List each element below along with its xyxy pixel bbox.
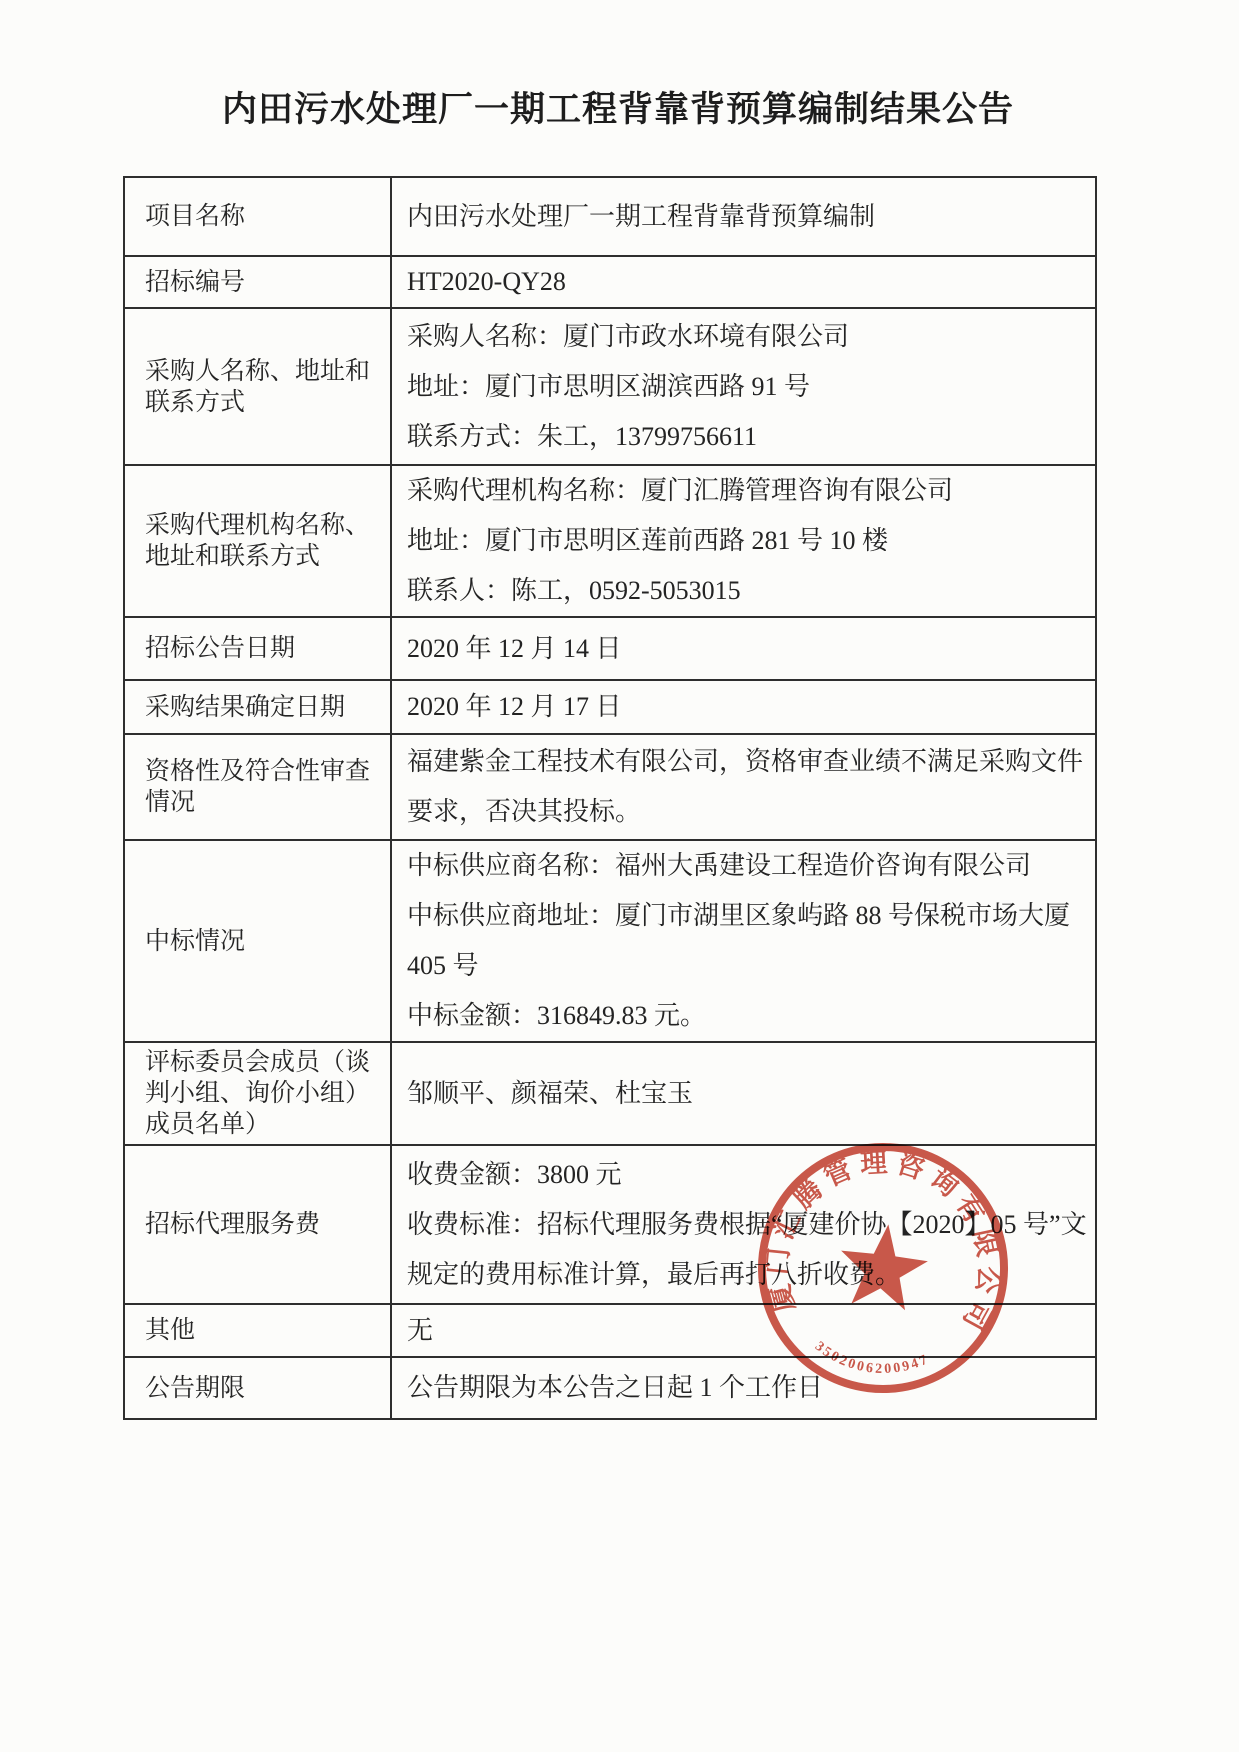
row-value-line: HT2020-QY28 (407, 257, 1087, 307)
row-value-line: 2020 年 12 月 14 日 (407, 624, 1087, 674)
table-row: 采购结果确定日期 2020 年 12 月 17 日 (124, 680, 1096, 734)
seal-star-icon (835, 1219, 932, 1312)
row-value: 采购人名称：厦门市政水环境有限公司地址：厦门市思明区湖滨西路 91 号联系方式：… (391, 308, 1096, 465)
row-label: 招标代理服务费 (124, 1145, 391, 1304)
row-value: HT2020-QY28 (391, 256, 1096, 308)
table-row: 项目名称 内田污水处理厂一期工程背靠背预算编制 (124, 177, 1096, 256)
row-label: 资格性及符合性审查情况 (124, 734, 391, 840)
table-row: 招标编号 HT2020-QY28 (124, 256, 1096, 308)
row-value-line: 中标供应商名称：福州大禹建设工程造价咨询有限公司 (407, 841, 1087, 891)
row-value: 2020 年 12 月 14 日 (391, 617, 1096, 680)
row-value-line: 地址：厦门市思明区莲前西路 281 号 10 楼 (407, 516, 1087, 566)
row-value: 采购代理机构名称：厦门汇腾管理咨询有限公司地址：厦门市思明区莲前西路 281 号… (391, 465, 1096, 617)
row-label: 采购人名称、地址和联系方式 (124, 308, 391, 465)
row-value-line: 福建紫金工程技术有限公司，资格审查业绩不满足采购文件要求，否决其投标。 (407, 737, 1087, 837)
row-label: 中标情况 (124, 840, 391, 1042)
row-value: 中标供应商名称：福州大禹建设工程造价咨询有限公司中标供应商地址：厦门市湖里区象屿… (391, 840, 1096, 1042)
row-value: 2020 年 12 月 17 日 (391, 680, 1096, 734)
row-value-line: 地址：厦门市思明区湖滨西路 91 号 (407, 362, 1087, 412)
table-row: 招标公告日期 2020 年 12 月 14 日 (124, 617, 1096, 680)
row-label: 采购结果确定日期 (124, 680, 391, 734)
row-value-line: 联系人：陈工，0592-5053015 (407, 566, 1087, 616)
row-label: 招标公告日期 (124, 617, 391, 680)
row-label: 项目名称 (124, 177, 391, 256)
row-label: 评标委员会成员（谈判小组、询价小组）成员名单） (124, 1042, 391, 1145)
row-value-line: 采购人名称：厦门市政水环境有限公司 (407, 312, 1087, 362)
table-row: 采购人名称、地址和联系方式 采购人名称：厦门市政水环境有限公司地址：厦门市思明区… (124, 308, 1096, 465)
row-value-line: 邹顺平、颜福荣、杜宝玉 (407, 1069, 1087, 1119)
row-label: 采购代理机构名称、地址和联系方式 (124, 465, 391, 617)
row-value: 福建紫金工程技术有限公司，资格审查业绩不满足采购文件要求，否决其投标。 (391, 734, 1096, 840)
table-row: 资格性及符合性审查情况 福建紫金工程技术有限公司，资格审查业绩不满足采购文件要求… (124, 734, 1096, 840)
row-value-line: 中标供应商地址：厦门市湖里区象屿路 88 号保税市场大厦 405 号 (407, 891, 1087, 991)
row-value: 内田污水处理厂一期工程背靠背预算编制 (391, 177, 1096, 256)
row-label: 招标编号 (124, 256, 391, 308)
row-label: 其他 (124, 1304, 391, 1357)
row-value-line: 中标金额：316849.83 元。 (407, 991, 1087, 1041)
row-value-line: 内田污水处理厂一期工程背靠背预算编制 (407, 192, 1087, 242)
official-seal: 厦门汇腾管理咨询有限公司 3502006200947 (733, 1118, 1033, 1418)
row-value-line: 联系方式：朱工，13799756611 (407, 412, 1087, 462)
row-label: 公告期限 (124, 1357, 391, 1419)
page-title: 内田污水处理厂一期工程背靠背预算编制结果公告 (6, 82, 1230, 132)
table-row: 中标情况 中标供应商名称：福州大禹建设工程造价咨询有限公司中标供应商地址：厦门市… (124, 840, 1096, 1042)
row-value-line: 采购代理机构名称：厦门汇腾管理咨询有限公司 (407, 466, 1087, 516)
table-row: 采购代理机构名称、地址和联系方式 采购代理机构名称：厦门汇腾管理咨询有限公司地址… (124, 465, 1096, 617)
row-value-line: 2020 年 12 月 17 日 (407, 682, 1087, 732)
document-page: 内田污水处理厂一期工程背靠背预算编制结果公告 项目名称 内田污水处理厂一期工程背… (0, 0, 1239, 1752)
